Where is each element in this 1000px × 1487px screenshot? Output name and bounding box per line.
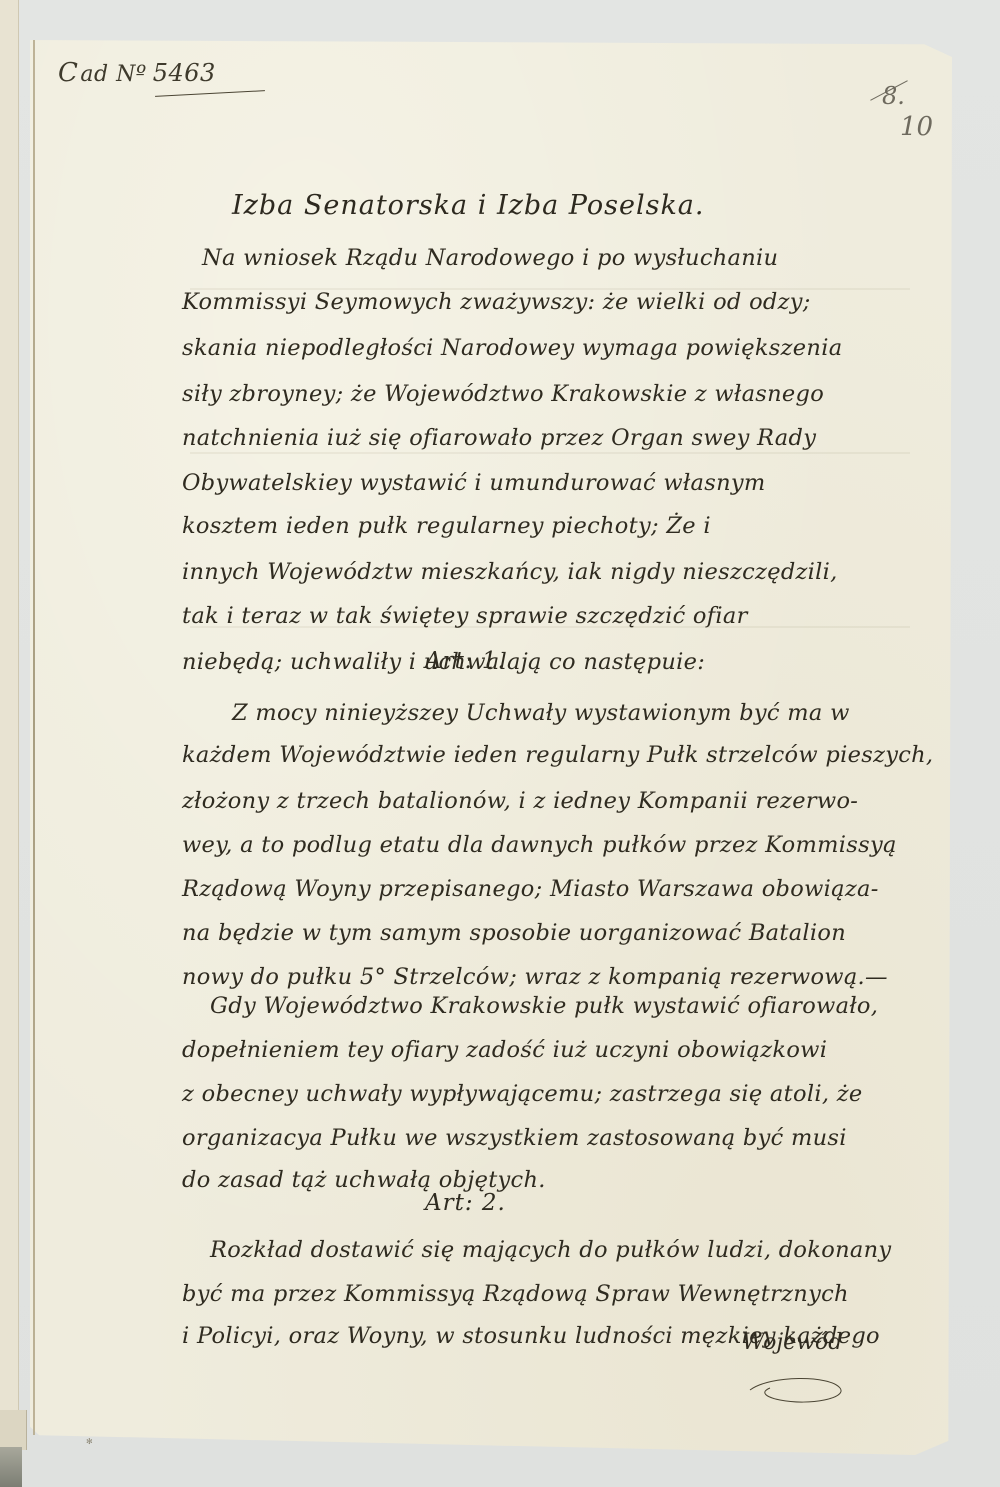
preamble-line: Obywatelskiey wystawić i umundurować wła… <box>182 465 766 501</box>
article-line: z obecney uchwały wypływającemu; zastrze… <box>182 1076 863 1112</box>
preamble-line: natchnienia iuż się ofiarowało przez Org… <box>182 420 816 456</box>
preamble-line: Na wniosek Rządu Narodowego i po wysłuch… <box>202 240 778 276</box>
archive-mark-prefix: ad <box>80 62 108 87</box>
article-line: Z mocy ninieyższey Uchwały wystawionym b… <box>232 695 850 731</box>
catchword: Wojewód <box>742 1330 842 1355</box>
article-line: Rządową Woyny przepisanego; Miasto Warsz… <box>182 871 879 907</box>
binder-shadow <box>0 1447 22 1487</box>
article-line: dopełnieniem tey ofiary zadość iuż uczyn… <box>182 1032 827 1068</box>
article-line: wey, a to podlug etatu dla dawnych pułkó… <box>182 827 897 863</box>
document-heading: Izba Senatorska i Izba Poselska. <box>232 190 705 221</box>
article-1-label: Art: 1. <box>425 648 506 674</box>
preamble-line: siły zbroyney; że Województwo Krakowskie… <box>182 376 824 412</box>
preamble-line: skania niepodległości Narodowey wymaga p… <box>182 330 842 366</box>
article-line: Gdy Województwo Krakowskie pułk wystawić… <box>210 988 878 1024</box>
underlying-sheet-corner <box>0 1410 27 1450</box>
archive-mark-symbol: C <box>58 58 78 88</box>
archive-mark-number: 5463 <box>153 59 216 87</box>
article-line: być ma przez Kommissyą Rządową Spraw Wew… <box>182 1276 849 1312</box>
archive-reference-mark: Cad Nº5463 <box>58 58 216 88</box>
preamble-line: innych Województw mieszkańcy, iak nigdy … <box>182 554 838 590</box>
article-2-label: Art: 2. <box>425 1190 506 1216</box>
preamble-line: kosztem ieden pułk regularney piechoty; … <box>182 508 711 544</box>
folio-number-new: 10 <box>900 112 933 142</box>
article-line: złożony z trzech batalionów, i z iedney … <box>182 783 858 819</box>
article-line: na będzie w tym samym sposobie uorganizo… <box>182 915 846 951</box>
archive-stamp-mark: ✻ <box>86 1437 93 1446</box>
article-line: każdem Województwie ieden regularny Pułk… <box>182 737 933 773</box>
preamble-line: tak i teraz w tak świętey sprawie szczęd… <box>182 598 748 634</box>
flourish-ornament <box>740 1370 860 1410</box>
archive-mark-abbrev: Nº <box>116 62 147 87</box>
article-line: organizacya Pułku we wszystkiem zastosow… <box>182 1120 847 1156</box>
preamble-line: Kommissyi Seymowych zważywszy: że wielki… <box>182 284 811 320</box>
article-line: Rozkład dostawić się mających do pułków … <box>210 1232 891 1268</box>
underlying-sheet-edge <box>0 0 19 1445</box>
page-fold-line <box>33 40 35 1435</box>
